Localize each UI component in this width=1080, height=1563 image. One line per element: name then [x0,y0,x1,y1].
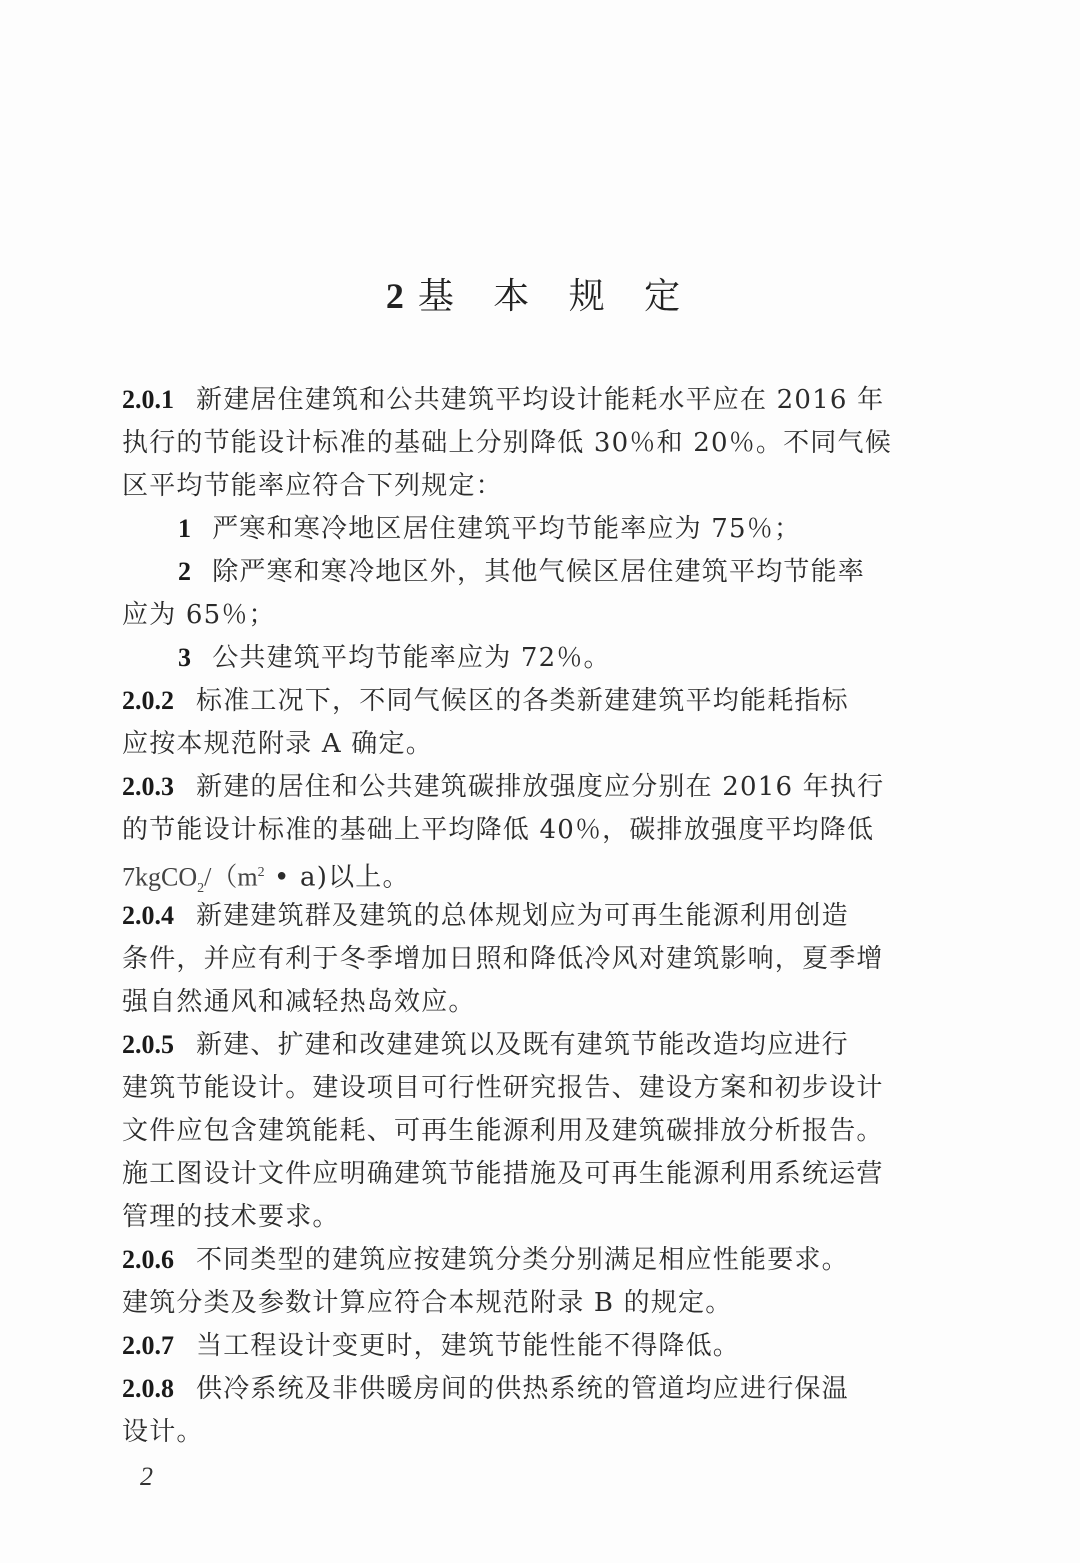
clause-text-line: 条件，并应有利于冬季增加日照和降低冷风对建筑影响，夏季增 [122,942,922,976]
clause-text-line: 施工图设计文件应明确建筑节能措施及可再生能源利用系统运营 [122,1157,922,1191]
clause-text-line: 应按本规范附录 A 确定。 [122,727,922,761]
clause-number: 2.0.1 [122,385,174,414]
document-page: 2基 本 规 定 2.0.1新建居住建筑和公共建筑平均设计能耗水平应在 2016… [0,0,1080,1563]
clause-text-line: 建筑节能设计。建设项目可行性研究报告、建设方案和初步设计 [122,1071,922,1105]
clause-text: 当工程设计变更时，建筑节能性能不得降低。 [196,1331,740,1361]
clause-text: 新建居住建筑和公共建筑平均设计能耗水平应在 2016 年 [196,385,884,415]
chapter-heading: 2基 本 规 定 [0,268,1080,319]
item-text-line: 应为 65％； [122,598,922,632]
clause-number: 2.0.8 [122,1374,174,1403]
clause-2-0-3: 2.0.3新建的居住和公共建筑碳排放强度应分别在 2016 年执行 [122,770,922,804]
clause-text-line: 文件应包含建筑能耗、可再生能源利用及建筑碳排放分析报告。 [122,1114,922,1148]
clause-2-0-2: 2.0.2标准工况下，不同气候区的各类新建建筑平均能耗指标 [122,684,922,718]
clause-text-line: 的节能设计标准的基础上平均降低 40％，碳排放强度平均降低 [122,813,922,847]
clause-text-line: 建筑分类及参数计算应符合本规范附录 B 的规定。 [122,1286,922,1320]
clause-text-line: 管理的技术要求。 [122,1200,922,1234]
clause-number: 2.0.5 [122,1030,174,1059]
clause-number: 2.0.2 [122,686,174,715]
clause-text: 新建、扩建和改建建筑以及既有建筑节能改造均应进行 [196,1030,849,1060]
clause-text: 供冷系统及非供暖房间的供热系统的管道均应进行保温 [196,1374,849,1404]
item-text: 严寒和寒冷地区居住建筑平均节能率应为 75％； [212,514,801,544]
clause-text-line: 强自然通风和减轻热岛效应。 [122,985,922,1019]
clause-2-0-6: 2.0.6不同类型的建筑应按建筑分类分别满足相应性能要求。 [122,1243,922,1277]
chapter-title: 基 本 规 定 [418,276,694,317]
list-item-1: 1严寒和寒冷地区居住建筑平均节能率应为 75％； [178,512,978,546]
item-number: 1 [178,514,192,543]
clause-text-line: 设计。 [122,1415,922,1449]
clause-number: 2.0.3 [122,772,174,801]
clause-number: 2.0.4 [122,901,174,930]
clause-number: 2.0.6 [122,1245,174,1274]
clause-number: 2.0.7 [122,1331,174,1360]
list-item-3: 3公共建筑平均节能率应为 72％。 [178,641,978,675]
item-text: 公共建筑平均节能率应为 72％。 [212,643,611,673]
clause-2-0-1: 2.0.1新建居住建筑和公共建筑平均设计能耗水平应在 2016 年 [122,383,922,417]
clause-text: 新建建筑群及建筑的总体规划应为可再生能源利用创造 [196,901,849,931]
list-item-2: 2除严寒和寒冷地区外，其他气候区居住建筑平均节能率 [178,555,978,589]
chapter-number: 2 [386,276,404,316]
item-number: 2 [178,557,192,586]
clause-text: 标准工况下，不同气候区的各类新建建筑平均能耗指标 [196,686,849,716]
clause-text-line: 区平均节能率应符合下列规定： [122,469,922,503]
item-text: 除严寒和寒冷地区外，其他气候区居住建筑平均节能率 [212,557,865,587]
clause-text: 新建的居住和公共建筑碳排放强度应分别在 2016 年执行 [196,772,884,802]
item-number: 3 [178,643,192,672]
clause-2-0-5: 2.0.5新建、扩建和改建建筑以及既有建筑节能改造均应进行 [122,1028,922,1062]
clause-2-0-7: 2.0.7当工程设计变更时，建筑节能性能不得降低。 [122,1329,922,1363]
clause-text-line: 执行的节能设计标准的基础上分别降低 30％和 20％。不同气候 [122,426,922,460]
clause-2-0-8: 2.0.8供冷系统及非供暖房间的供热系统的管道均应进行保温 [122,1372,922,1406]
page-number: 2 [140,1462,153,1492]
clause-2-0-4: 2.0.4新建建筑群及建筑的总体规划应为可再生能源利用创造 [122,899,922,933]
clause-text: 不同类型的建筑应按建筑分类分别满足相应性能要求。 [196,1245,849,1275]
